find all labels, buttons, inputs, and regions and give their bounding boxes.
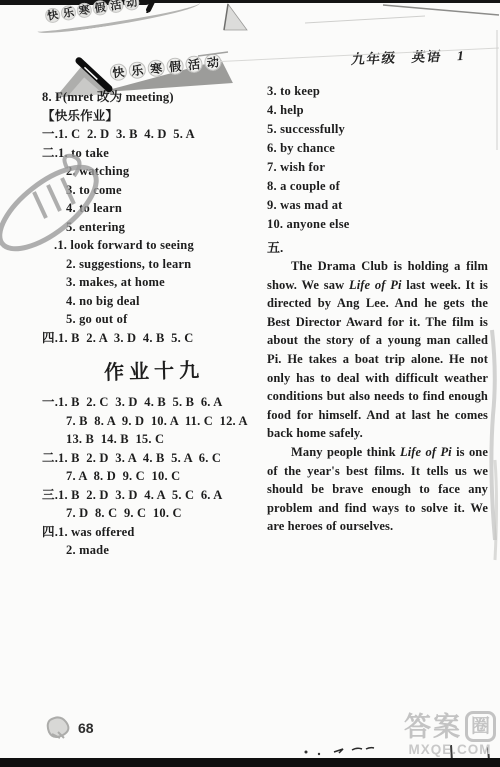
answer-line: 三.1. B 2. D 3. D 4. A 5. C 6. A	[42, 486, 266, 505]
logo-character: 快	[109, 63, 128, 82]
answer-line: 7. A 8. D 9. C 10. C	[42, 467, 266, 486]
paragraph-segment: Life of Pi	[400, 445, 452, 459]
answer-line: 7. D 8. C 9. C 10. C	[42, 504, 266, 523]
left-answer-column: 8. F(mret 改为 meeting)【快乐作业】一.1. C 2. D 3…	[42, 88, 266, 560]
answer-line: 3. to come	[42, 181, 266, 200]
paragraph-segment: Many people think	[291, 445, 400, 459]
right-answer-column: 3. to keep4. help5. successfully6. by ch…	[267, 82, 488, 536]
essay-paragraph-1: The Drama Club is holding a film show. W…	[267, 257, 488, 443]
answer-line: 8. a couple of	[267, 177, 488, 196]
answer-line: 4. help	[267, 101, 488, 120]
answer-line: 四.1. was offered	[42, 523, 266, 542]
answer-line: 一.1. C 2. D 3. B 4. D 5. A	[42, 125, 266, 144]
paragraph-segment: last week. It is directed by Ang Lee. An…	[267, 278, 488, 441]
answer-line: 一.1. B 2. C 3. D 4. B 5. B 6. A	[42, 393, 266, 412]
page-number: 68	[78, 720, 94, 736]
page-number-graphic	[44, 712, 74, 742]
answer-line: 13. B 14. B 15. C	[42, 430, 266, 449]
watermark: 答案 圈 MXQE.COM	[402, 711, 498, 757]
watermark-site: MXQE.COM	[402, 742, 498, 757]
answer-line: 4. to learn	[42, 199, 266, 218]
essay-paragraph-2: Many people think Life of Pi is one of t…	[267, 443, 488, 536]
scanned-workbook-page: 快乐寒假活动 快乐寒假活动 九年级 英语 1 8. F(mret 改为 meet…	[0, 0, 500, 767]
answer-line: 二.1. to take	[42, 144, 266, 163]
answer-line: 7. B 8. A 9. D 10. A 11. C 12. A	[42, 412, 266, 431]
answer-line: 9. was mad at	[267, 196, 488, 215]
watermark-badge-icon: 圈	[465, 711, 496, 742]
answer-line: 5. entering	[42, 218, 266, 237]
answer-line: 5. successfully	[267, 120, 488, 139]
answer-line: 10. anyone else	[267, 215, 488, 234]
logo-character: 乐	[128, 61, 147, 80]
book-logo-top: 快乐寒假活动	[43, 0, 217, 39]
answer-line: 2. watching	[42, 162, 266, 181]
answer-line: 8. F(mret 改为 meeting)	[42, 88, 266, 107]
answer-line: 6. by chance	[267, 139, 488, 158]
answer-line: 作业十九	[41, 344, 266, 396]
section-five-label: 五.	[267, 238, 488, 257]
answer-line: 2. suggestions, to learn	[42, 255, 266, 274]
answer-list: 3. to keep4. help5. successfully6. by ch…	[267, 82, 488, 234]
paragraph-segment: Life of Pi	[349, 278, 402, 292]
answer-line: 4. no big deal	[42, 292, 266, 311]
watermark-text: 答案	[404, 712, 462, 742]
logo-character: 假	[166, 57, 185, 76]
answer-line: 5. go out of	[42, 310, 266, 329]
logo-character: 寒	[147, 59, 166, 78]
answer-line: .1. look forward to seeing	[42, 236, 266, 255]
logo-character: 活	[185, 55, 204, 74]
answer-line: 2. made	[42, 541, 266, 560]
logo-character: 动	[204, 53, 223, 72]
scan-bottom-edge	[0, 758, 500, 767]
answer-line: 7. wish for	[267, 158, 488, 177]
answer-line: 3. to keep	[267, 82, 488, 101]
answer-line: 【快乐作业】	[42, 107, 266, 126]
answer-line: 3. makes, at home	[42, 273, 266, 292]
answer-line: 二.1. B 2. D 3. A 4. B 5. A 6. C	[42, 449, 266, 468]
grade-subject-label: 九年级 英语 1	[350, 44, 467, 68]
